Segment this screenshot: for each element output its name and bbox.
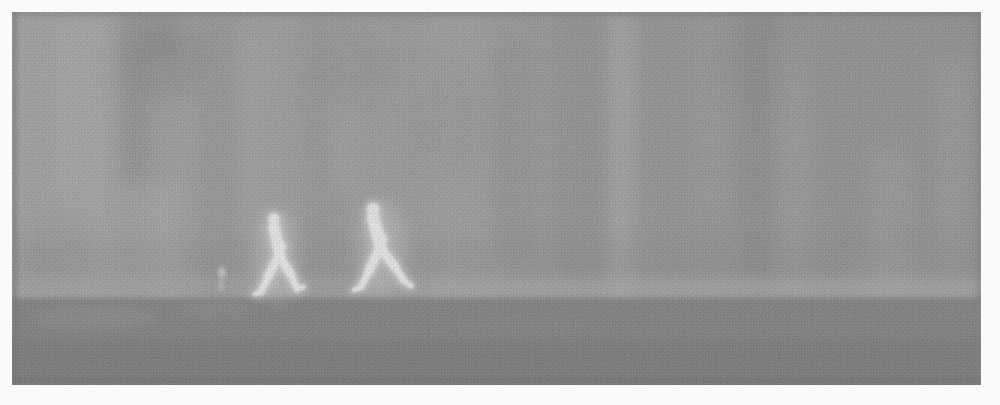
- page: [0, 0, 1000, 405]
- thermal-photo: [0, 0, 1000, 405]
- halftone-texture: [12, 12, 981, 385]
- diagonal-hatch-pattern: [12, 12, 981, 385]
